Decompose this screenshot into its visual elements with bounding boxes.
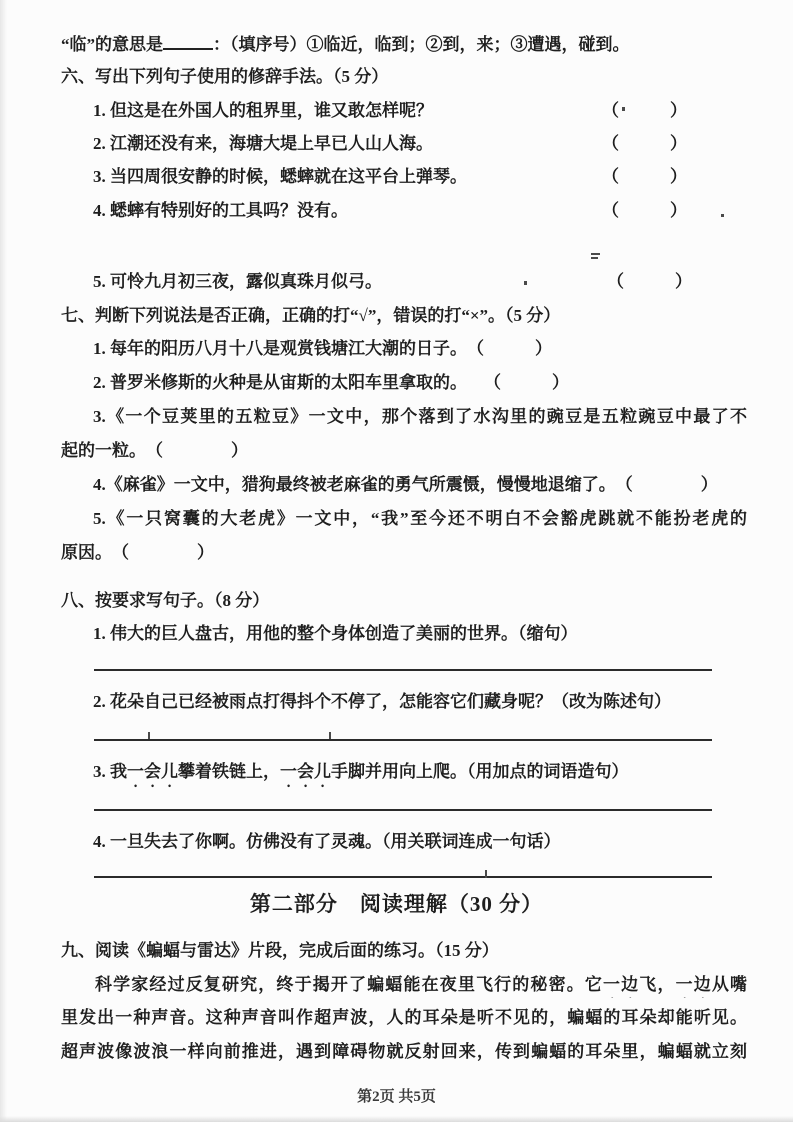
section6-heading: 六、写出下列句子使用的修辞手法。（5 分） [61, 63, 388, 90]
question-8-4: 4. 一旦失去了你啊。仿佛没有了灵魂。（用关联词连成一句话） [93, 828, 561, 855]
answer-line-4 [94, 876, 712, 878]
scan-artifact [591, 257, 598, 259]
emphasized-word: 一会儿 [127, 762, 178, 781]
scan-artifact [591, 253, 600, 255]
question-6-4: 4. 蟋蟀有特别好的工具吗？没有。 （ ） [93, 197, 793, 224]
question-8-1: 1. 伟大的巨人盘古，用他的整个身体创造了美丽的世界。（缩句） [93, 620, 578, 647]
emphasized-word: 一会儿 [280, 762, 331, 781]
exam-page-scan: “临”的意思是：（填序号）①临近，临到；②到，来；③遭遇，碰到。 六、写出下列句… [0, 0, 793, 1122]
answer-line-3 [94, 809, 712, 811]
passage-text: 从嘴 [712, 975, 747, 994]
scan-artifact [329, 732, 331, 739]
intro-prefix: “临”的意思是 [61, 35, 163, 54]
question-text: 3. 当四周很安静的时候，蟋蟀就在这平台上弹琴。 [93, 167, 467, 186]
question-text: 5. 可怜九月初三夜，露似真珠月似弓。 [93, 272, 382, 291]
passage-line-1: 科学家经过反复研究，终于揭开了蝙蝠能在夜里飞行的秘密。它一边飞，一边从嘴 [95, 971, 747, 998]
question-text: 攀着铁链上， [178, 762, 280, 781]
question-7-3-line1: 3.《一个豆荚里的五粒豆》一文中，那个落到了水沟里的豌豆是五粒豌豆中最了不 [93, 403, 747, 430]
passage-text: 飞， [639, 975, 675, 994]
answer-paren-6-5: （ ） [607, 268, 692, 295]
question-text: 3. 我 [93, 762, 127, 781]
question-text: 1. 但这是在外国人的租界里，谁又敢怎样呢？ [93, 101, 433, 120]
scan-edge [0, 0, 7, 1122]
fill-in-blank [163, 35, 213, 50]
answer-paren-6-1: （ ） [602, 97, 687, 124]
passage-text: 科学家经过反复研究，终于揭开了蝙蝠能在夜里飞行的秘密。它 [95, 975, 603, 994]
question-7-4: 4.《麻雀》一文中，猎狗最终被老麻雀的勇气所震慑，慢慢地退缩了。 （ ） [93, 471, 718, 498]
passage-line-3: 超声波像波浪一样向前推进，遇到障碍物就反射回来，传到蝙蝠的耳朵里，蝙蝠就立刻 [61, 1038, 747, 1065]
scan-artifact [524, 281, 527, 285]
question-6-2: 2. 江潮还没有来，海塘大堤上早已人山人海。 （ ） [93, 130, 793, 157]
section9-heading: 九、阅读《蝙蝠与雷达》片段，完成后面的练习。（15 分） [61, 937, 499, 964]
answer-paren-6-2: （ ） [602, 130, 687, 157]
answer-paren-6-3: （ ） [602, 163, 687, 190]
scan-artifact [485, 870, 487, 878]
scan-artifact [721, 214, 724, 217]
question-6-5: 5. 可怜九月初三夜，露似真珠月似弓。 （ ） [93, 268, 793, 295]
intro-suffix: ：（填序号）①临近，临到；②到，来；③遭遇，碰到。 [213, 35, 630, 54]
question-text: 手脚并用向上爬。（用加点的词语造句） [331, 762, 629, 781]
answer-paren-6-4: （ ） [602, 197, 687, 224]
section7-heading: 七、判断下列说法是否正确，正确的打“√”，错误的打“×”。（5 分） [61, 302, 560, 329]
scan-artifact [622, 107, 625, 111]
answer-line-1 [94, 669, 712, 671]
question-6-3: 3. 当四周很安静的时候，蟋蟀就在这平台上弹琴。 （ ） [93, 163, 793, 190]
scan-artifact [148, 732, 150, 739]
question-text: 4. 蟋蟀有特别好的工具吗？没有。 [93, 201, 348, 220]
scan-edge [0, 1116, 793, 1122]
question-7-5-line2: 原因。 （ ） [61, 539, 214, 566]
section8-heading: 八、按要求写句子。（8 分） [61, 587, 269, 614]
part2-title: 第二部分 阅读理解（30 分） [0, 889, 793, 919]
intro-line: “临”的意思是：（填序号）①临近，临到；②到，来；③遭遇，碰到。 [61, 31, 630, 58]
question-text: 2. 江潮还没有来，海塘大堤上早已人山人海。 [93, 134, 433, 153]
question-6-1: 1. 但这是在外国人的租界里，谁又敢怎样呢？ （ ） [93, 97, 793, 124]
passage-line-2: 里发出一种声音。这种声音叫作超声波，人的耳朵是听不见的，蝙蝠的耳朵却能听见。 [61, 1004, 747, 1031]
emphasized-word: 一边 [676, 975, 712, 994]
question-7-5-line1: 5.《一只窝囊的大老虎》一文中，“我”至今还不明白不会豁虎跳就不能扮老虎的 [93, 505, 747, 532]
answer-line-2 [94, 739, 712, 741]
emphasized-word: 一边 [603, 975, 639, 994]
question-8-2: 2. 花朵自己已经被雨点打得抖个不停了，怎能容它们藏身呢？（改为陈述句） [93, 688, 671, 715]
question-7-1: 1. 每年的阳历八月十八是观赏钱塘江大潮的日子。 （ ） [93, 335, 552, 362]
page-number-footer: 第2页 共5页 [0, 1086, 793, 1108]
question-7-2: 2. 普罗米修斯的火种是从宙斯的太阳车里拿取的。 （ ） [93, 369, 569, 396]
question-8-3: 3. 我一会儿攀着铁链上，一会儿手脚并用向上爬。（用加点的词语造句） [93, 758, 629, 785]
question-7-3-line2: 起的一粒。 （ ） [61, 437, 248, 464]
